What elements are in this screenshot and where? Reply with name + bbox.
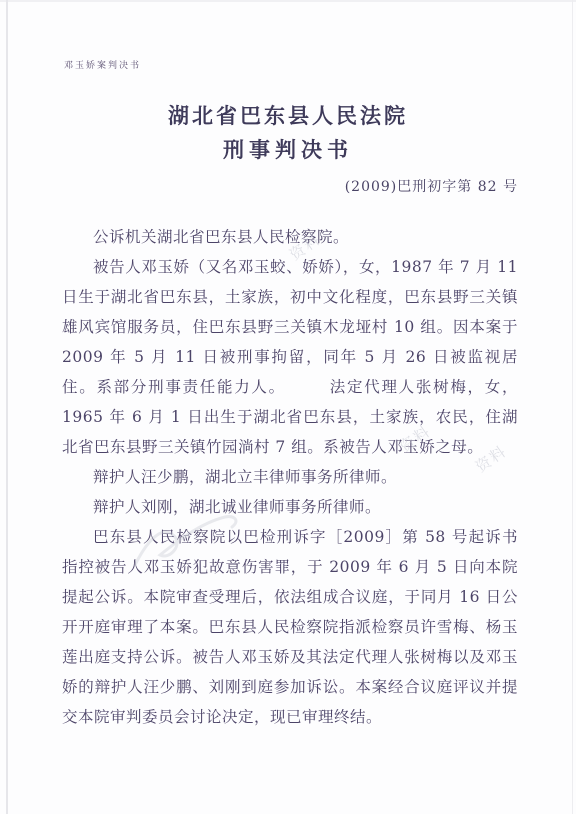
judgment-paragraph: 公诉机关湖北省巴东县人民检察院。	[62, 222, 518, 252]
judgment-document-page: 邓玉娇案判决书 湖北省巴东县人民法院 刑事判决书 (2009)巴刑初字第 82 …	[0, 0, 576, 814]
document-type-title: 刑事判决书	[0, 134, 576, 164]
judgment-body: 公诉机关湖北省巴东县人民检察院。被告人邓玉娇（又名邓玉蛟、娇娇），女，1987 …	[62, 222, 518, 732]
court-name-title: 湖北省巴东县人民法院	[0, 100, 576, 130]
handwriting-watermark	[130, 505, 250, 575]
judgment-paragraph: 被告人邓玉娇（又名邓玉蛟、娇娇），女，1987 年 7 月 11 日生于湖北省巴…	[62, 252, 518, 462]
document-header-note: 邓玉娇案判决书	[64, 58, 141, 71]
case-number: (2009)巴刑初字第 82 号	[345, 176, 518, 196]
scan-edge-top	[0, 0, 576, 2]
judgment-paragraph: 辩护人汪少鹏，湖北立丰律师事务所律师。	[62, 462, 518, 492]
